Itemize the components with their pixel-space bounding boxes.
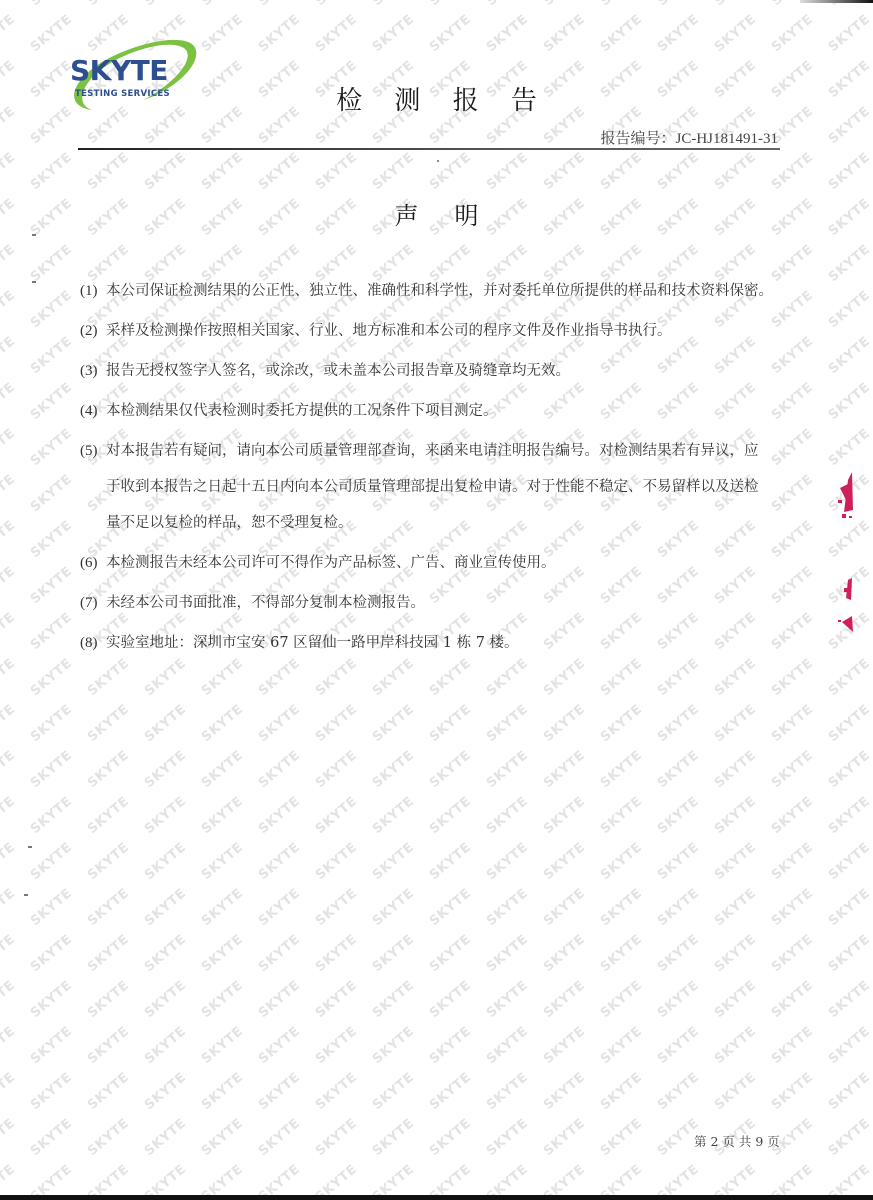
statement-text: 采样及检测操作按照相关国家、行业、地方标准和本公司的程序文件及作业指导书执行。 <box>106 313 790 349</box>
statement-text: 未经本公司书面批准，不得部分复制本检测报告。 <box>106 585 790 621</box>
statement-line: 本公司保证检测结果的公正性、独立性、准确性和科学性，并对委托单位所提供的样品和技… <box>106 273 790 309</box>
statement-item: (7)未经本公司书面批准，不得部分复制本检测报告。 <box>80 585 790 621</box>
statement-item: (6)本检测报告未经本公司许可不得作为产品标签、广告、商业宣传使用。 <box>80 545 790 581</box>
seal-stamp-fragment <box>826 470 873 640</box>
statement-line: 对本报告若有疑问，请向本公司质量管理部查询，来函来电请注明报告编号。对检测结果若… <box>106 433 790 469</box>
statement-item: (5)对本报告若有疑问，请向本公司质量管理部查询，来函来电请注明报告编号。对检测… <box>80 433 790 541</box>
scan-speck <box>24 894 28 896</box>
statement-index: (5) <box>80 433 98 469</box>
statement-index: (2) <box>80 313 98 349</box>
statement-text: 对本报告若有疑问，请向本公司质量管理部查询，来函来电请注明报告编号。对检测结果若… <box>106 433 790 541</box>
header-divider <box>78 148 780 150</box>
report-number-label: 报告编号： <box>600 129 675 147</box>
report-number: 报告编号：JC-HJ181491-31 <box>600 127 778 148</box>
statement-text: 报告无授权签字人签名，或涂改，或未盖本公司报告章及骑缝章均无效。 <box>106 353 790 389</box>
statement-line: 采样及检测操作按照相关国家、行业、地方标准和本公司的程序文件及作业指导书执行。 <box>106 313 790 349</box>
statement-index: (8) <box>80 625 98 661</box>
statement-item: (1)本公司保证检测结果的公正性、独立性、准确性和科学性，并对委托单位所提供的样… <box>80 273 790 309</box>
statement-item: (2)采样及检测操作按照相关国家、行业、地方标准和本公司的程序文件及作业指导书执… <box>80 313 790 349</box>
statement-line: 未经本公司书面批准，不得部分复制本检测报告。 <box>106 585 790 621</box>
statement-line: 实验室地址：深圳市宝安 67 区留仙一路甲岸科技园 1 栋 7 楼。 <box>106 625 790 661</box>
report-number-value: JC-HJ181491-31 <box>675 131 778 147</box>
statement-line: 本检测结果仅代表检测时委托方提供的工况条件下项目测定。 <box>106 393 790 429</box>
statement-index: (7) <box>80 585 98 621</box>
scan-edge-top <box>800 0 873 3</box>
statement-text: 本检测结果仅代表检测时委托方提供的工况条件下项目测定。 <box>106 393 790 429</box>
statement-item: (3)报告无授权签字人签名，或涂改，或未盖本公司报告章及骑缝章均无效。 <box>80 353 790 389</box>
statement-text: 本公司保证检测结果的公正性、独立性、准确性和科学性，并对委托单位所提供的样品和技… <box>106 273 790 309</box>
statement-item: (4)本检测结果仅代表检测时委托方提供的工况条件下项目测定。 <box>80 393 790 429</box>
scan-speck <box>32 281 36 283</box>
statement-text: 实验室地址：深圳市宝安 67 区留仙一路甲岸科技园 1 栋 7 楼。 <box>106 625 790 661</box>
scan-speck <box>28 846 32 848</box>
statement-line: 报告无授权签字人签名，或涂改，或未盖本公司报告章及骑缝章均无效。 <box>106 353 790 389</box>
statement-item: (8)实验室地址：深圳市宝安 67 区留仙一路甲岸科技园 1 栋 7 楼。 <box>80 625 790 661</box>
statement-text: 本检测报告未经本公司许可不得作为产品标签、广告、商业宣传使用。 <box>106 545 790 581</box>
statement-index: (1) <box>80 273 98 309</box>
statement-index: (6) <box>80 545 98 581</box>
document-title: 检 测 报 告 <box>0 80 873 117</box>
statement-list: (1)本公司保证检测结果的公正性、独立性、准确性和科学性，并对委托单位所提供的样… <box>80 273 790 665</box>
scan-speck <box>437 160 439 162</box>
section-title: 声明 <box>0 196 873 231</box>
statement-line: 本检测报告未经本公司许可不得作为产品标签、广告、商业宣传使用。 <box>106 545 790 581</box>
report-page: SKYTE TESTING SERVICES 检 测 报 告 报告编号：JC-H… <box>0 0 873 1200</box>
page-number: 第 2 页 共 9 页 <box>694 1132 780 1150</box>
scan-edge-bottom <box>0 1195 873 1200</box>
statement-line: 于收到本报告之日起十五日内向本公司质量管理部提出复检申请。对于性能不稳定、不易留… <box>106 469 790 505</box>
statement-line: 量不足以复检的样品，恕不受理复检。 <box>106 505 790 541</box>
statement-index: (4) <box>80 393 98 429</box>
scan-speck <box>32 234 36 236</box>
statement-index: (3) <box>80 353 98 389</box>
